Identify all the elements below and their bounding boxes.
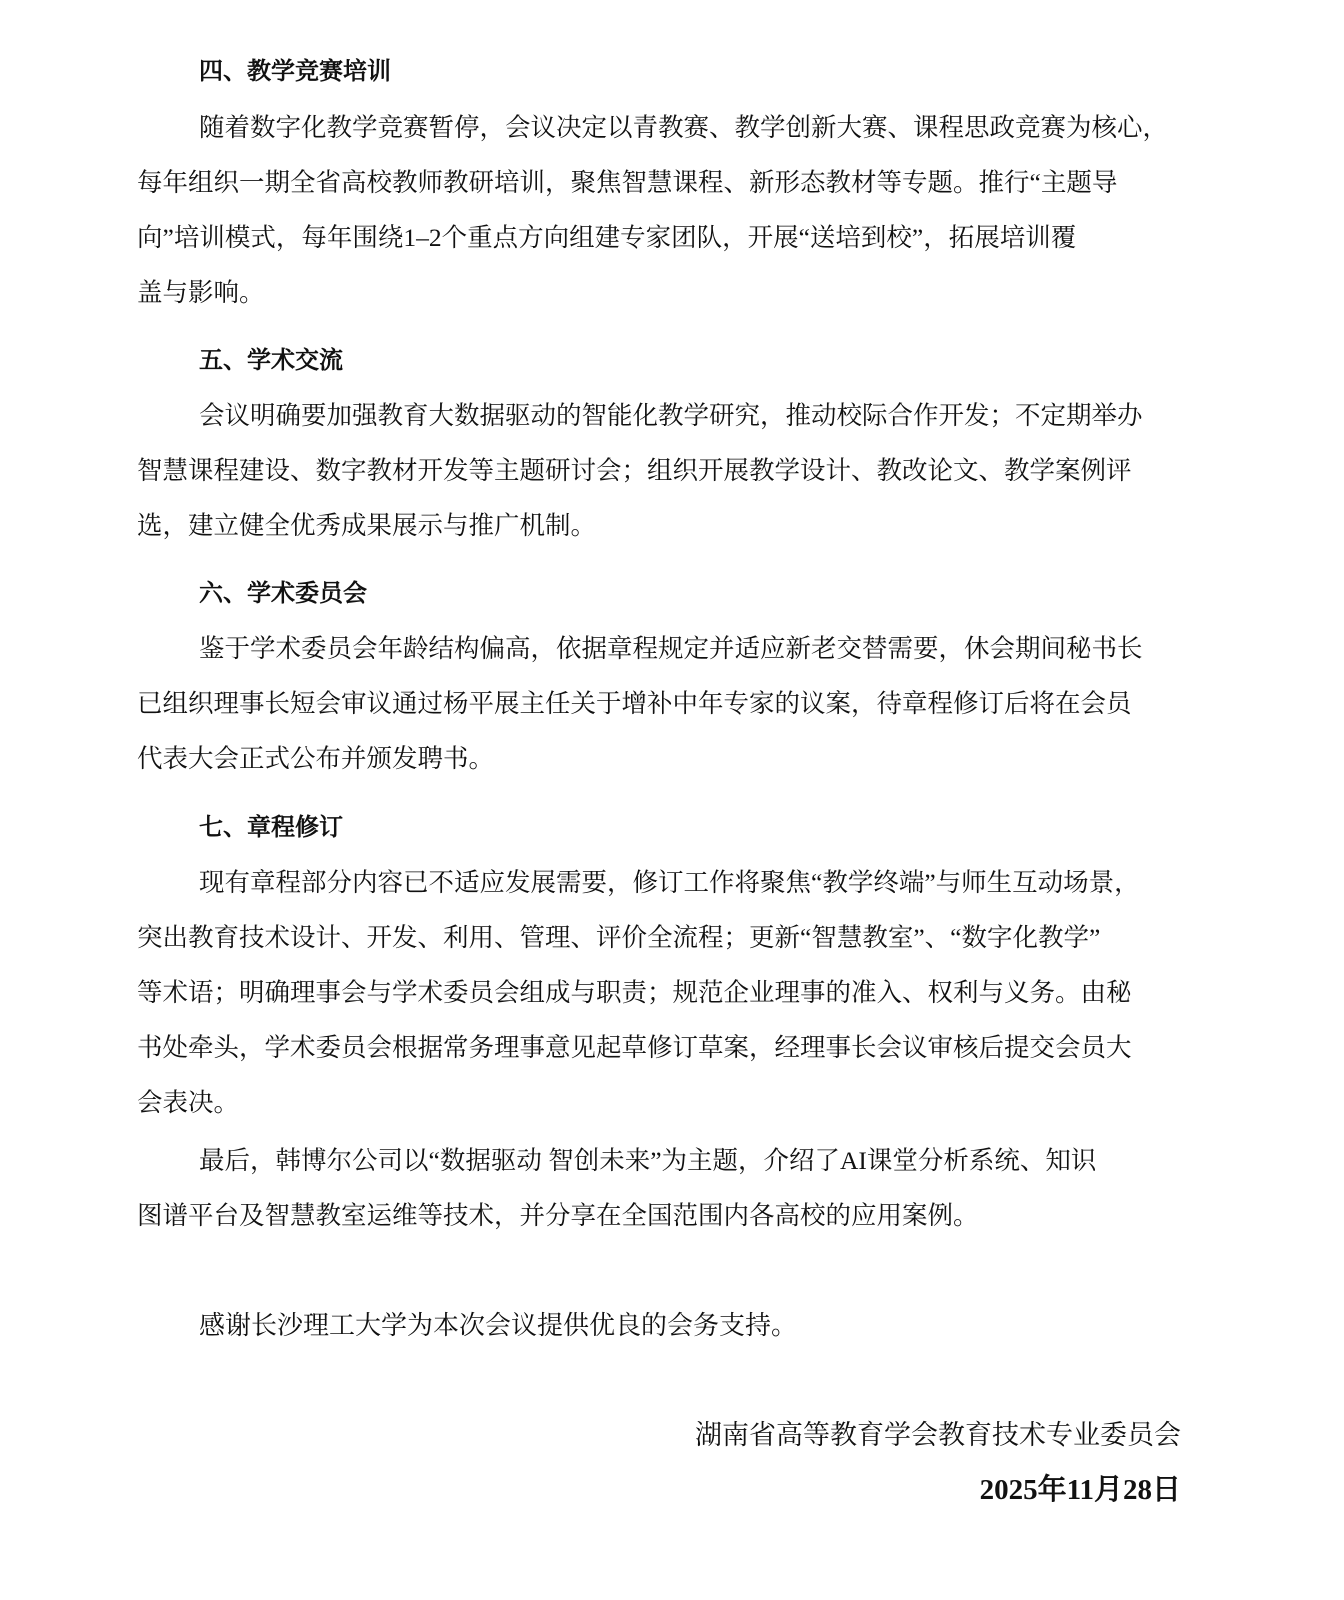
paragraph-line: 随着数字化教学竞赛暂停，会议决定以青教赛、教学创新大赛、课程思政竞赛为核心，	[137, 100, 1187, 155]
paragraph-line: 选，建立健全优秀成果展示与推广机制。	[137, 498, 1187, 553]
section-paragraph-charter-revision: 现有章程部分内容已不适应发展需要，修订工作将聚焦“教学终端”与师生互动场景， 突…	[137, 855, 1187, 1130]
paragraph-line: 会议明确要加强教育大数据驱动的智能化教学研究，推动校际合作开发；不定期举办	[137, 388, 1187, 443]
section-paragraph-academic-committee: 鉴于学术委员会年龄结构偏高，依据章程规定并适应新老交替需要，休会期间秘书长 已组…	[137, 621, 1187, 786]
paragraph-line: 每年组织一期全省高校教师教研培训，聚焦智慧课程、新形态教材等专题。推行“主题导	[137, 155, 1187, 210]
section-paragraph-competition-training: 随着数字化教学竞赛暂停，会议决定以青教赛、教学创新大赛、课程思政竞赛为核心， 每…	[137, 100, 1187, 320]
signature-block: 湖南省高等教育学会教育技术专业委员会 2025年11月28日	[695, 1416, 1181, 1510]
section-paragraph-academic-exchange: 会议明确要加强教育大数据驱动的智能化教学研究，推动校际合作开发；不定期举办 智慧…	[137, 388, 1187, 553]
section-heading-competition-training: 四、教学竞赛培训	[199, 56, 391, 86]
thanks-statement: 感谢长沙理工大学为本次会议提供优良的会务支持。	[199, 1308, 797, 1344]
paragraph-line: 书处牵头，学术委员会根据常务理事意见起草修订草案，经理事长会议审核后提交会员大	[137, 1020, 1187, 1075]
paragraph-line: 盖与影响。	[137, 265, 1187, 320]
section-heading-charter-revision: 七、章程修订	[199, 812, 343, 842]
closing-paragraph: 最后，韩博尔公司以“数据驱动 智创未来”为主题，介绍了AI课堂分析系统、知识 图…	[137, 1133, 1187, 1243]
paragraph-line: 最后，韩博尔公司以“数据驱动 智创未来”为主题，介绍了AI课堂分析系统、知识	[137, 1133, 1187, 1188]
paragraph-line: 已组织理事长短会审议通过杨平展主任关于增补中年专家的议案，待章程修订后将在会员	[137, 676, 1187, 731]
signature-organization: 湖南省高等教育学会教育技术专业委员会	[695, 1416, 1181, 1456]
paragraph-line: 突出教育技术设计、开发、利用、管理、评价全流程；更新“智慧教室”、“数字化教学”	[137, 910, 1187, 965]
paragraph-line: 向”培训模式，每年围绕1–2个重点方向组建专家团队，开展“送培到校”，拓展培训覆	[137, 210, 1187, 265]
paragraph-line: 鉴于学术委员会年龄结构偏高，依据章程规定并适应新老交替需要，休会期间秘书长	[137, 621, 1187, 676]
section-heading-academic-committee: 六、学术委员会	[199, 578, 367, 608]
section-heading-academic-exchange: 五、学术交流	[199, 345, 343, 375]
paragraph-line: 代表大会正式公布并颁发聘书。	[137, 731, 1187, 786]
paragraph-line: 图谱平台及智慧教室运维等技术，并分享在全国范围内各高校的应用案例。	[137, 1188, 1187, 1243]
paragraph-line: 现有章程部分内容已不适应发展需要，修订工作将聚焦“教学终端”与师生互动场景，	[137, 855, 1187, 910]
paragraph-line: 等术语；明确理事会与学术委员会组成与职责；规范企业理事的准入、权利与义务。由秘	[137, 965, 1187, 1020]
paragraph-line: 智慧课程建设、数字教材开发等主题研讨会；组织开展教学设计、教改论文、教学案例评	[137, 443, 1187, 498]
paragraph-line: 会表决。	[137, 1075, 1187, 1130]
signature-date: 2025年11月28日	[695, 1470, 1181, 1510]
